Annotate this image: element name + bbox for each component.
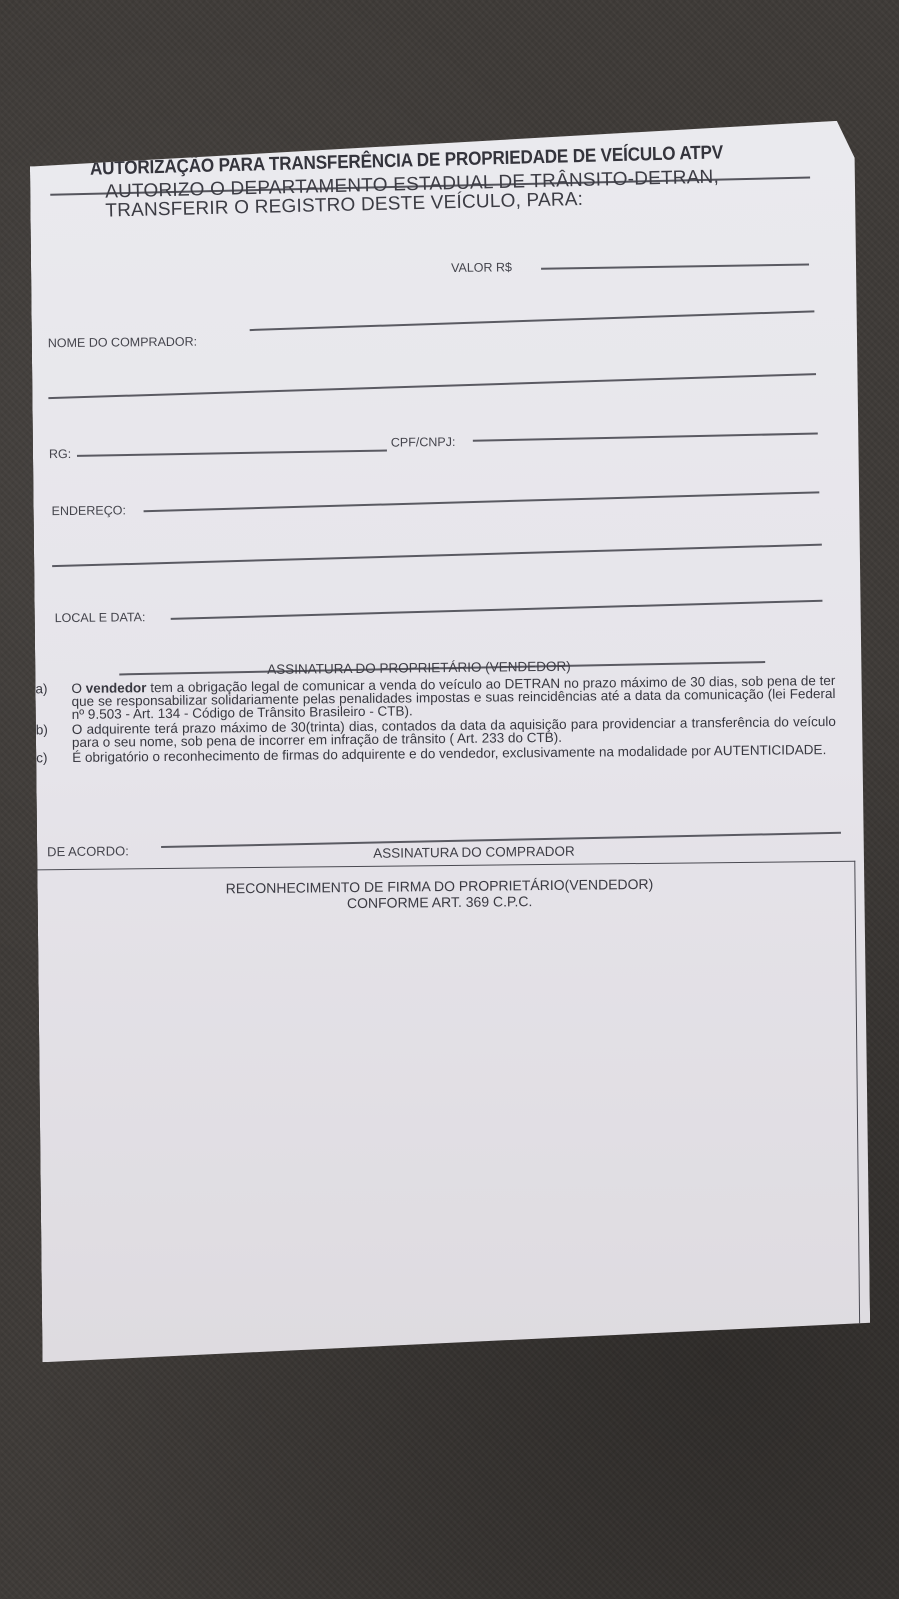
rg-label: RG: (49, 447, 71, 461)
nome-comprador-field-line-2[interactable] (48, 373, 816, 399)
atpv-form-paper: AUTORIZAÇÃO PARA TRANSFERÊNCIA DE PROPRI… (30, 121, 871, 1363)
note-a: a)O vendedor tem a obrigação legal de co… (53, 674, 835, 721)
notary-recognition-box: RECONHECIMENTO DE FIRMA DO PROPRIETÁRIO(… (23, 861, 860, 1341)
valor-label: VALOR R$ (451, 260, 512, 275)
endereco-field[interactable] (144, 491, 820, 511)
nome-comprador-field[interactable] (250, 310, 815, 330)
seller-signature-caption: ASSINATURA DO PROPRIETÁRIO (VENDEDOR) (267, 659, 571, 677)
endereco-field-line-2[interactable] (52, 544, 822, 567)
valor-field[interactable] (541, 264, 809, 270)
cpf-cnpj-label: CPF/CNPJ: (391, 435, 456, 450)
buyer-signature-caption: ASSINATURA DO COMPRADOR (373, 844, 575, 861)
local-data-field[interactable] (171, 600, 823, 620)
rg-field[interactable] (77, 449, 387, 456)
legal-notes: a)O vendedor tem a obrigação legal de co… (53, 674, 836, 766)
local-data-label: LOCAL E DATA: (55, 610, 146, 625)
cpf-cnpj-field[interactable] (473, 433, 818, 442)
agreement-label: DE ACORDO: (47, 843, 129, 859)
endereco-label: ENDEREÇO: (51, 503, 125, 518)
nome-comprador-label: NOME DO COMPRADOR: (48, 335, 197, 351)
